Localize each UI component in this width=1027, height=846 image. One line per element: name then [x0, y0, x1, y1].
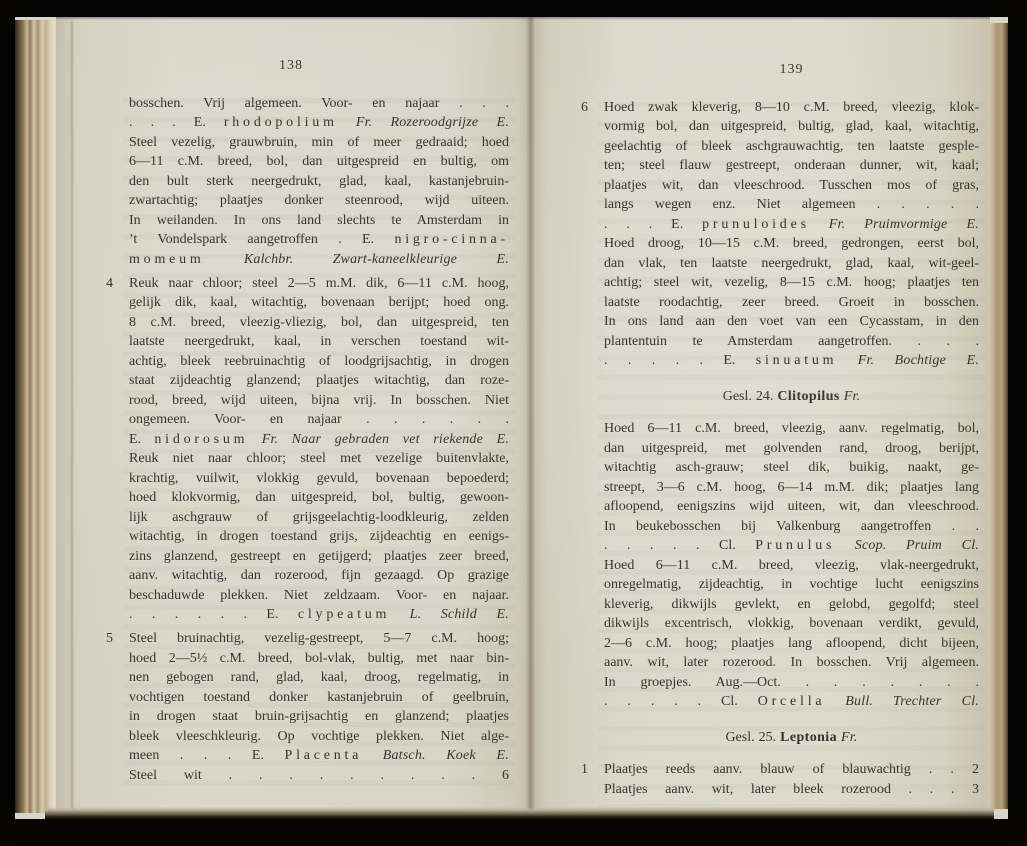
text-line: bosschen. Vrij algemeen. Voor- en najaar…	[129, 94, 509, 114]
text-line: kleverig, dikwijls gevlekt, en gelobd, g…	[604, 595, 979, 615]
left-page-crease	[71, 21, 73, 809]
page-edges-left	[15, 20, 56, 813]
text-line: plaatjes wit, dan vleeschrood. Tusschen …	[604, 176, 979, 196]
text-line: ten; steel flauw gestreept, onderaan dun…	[604, 156, 979, 176]
text-line: zwartachtig; plaatjes donker steenrood, …	[129, 191, 509, 211]
text-line: Hoed 6—11 c.M. breed, vleezig, aanv. reg…	[604, 419, 979, 439]
page-content-left: bosschen. Vrij algemeen. Voor- en najaar…	[129, 94, 509, 786]
text-line: aanv. wit, later rozerood. In bosschen. …	[604, 653, 979, 673]
text-line: achtig, bleek reebruinachtig of loodgrij…	[129, 352, 509, 372]
text-line: aanv. witachtig, dan rozerood, fijn geza…	[129, 566, 509, 586]
text-line: dan uitgespreid, met golvenden rand, dro…	[604, 439, 979, 459]
genus-heading: Gesl. 25. Leptonia Fr.	[604, 728, 979, 748]
text-line: Hoed 6—11 c.M. breed, vleezig, vlak-neer…	[604, 556, 979, 576]
text-line: gelijk dik, kaal, witachtig, bovenaan be…	[129, 293, 509, 313]
text-block: Hoed 6—11 c.M. breed, vleezig, aanv. reg…	[604, 419, 979, 712]
gutter-shadow	[526, 17, 535, 811]
text-line: Steel wit . . . . . . . . . 6	[129, 766, 509, 786]
text-line: Reuk naar chloor; steel 2—5 m.M. dik, 6—…	[129, 274, 509, 294]
text-line: beschaduwde plekken. Niet zeldzaam. Voor…	[129, 586, 509, 606]
text-line: momeum Kalchbr. Zwart-kaneelkleurige E.	[129, 250, 509, 270]
page-content-right: 6Hoed zwak kleverig, 8—10 c.M. breed, vl…	[604, 98, 979, 800]
text-line: staat zijdeachtig glanzend; plaatjes wit…	[129, 371, 509, 391]
text-line: hoed klokvormig, dan uitgespreid, bol, b…	[129, 488, 509, 508]
text-line: . . . . . Cl. Orcella Bull. Trechter Cl.	[604, 692, 979, 712]
text-line: rood, breed, wijd uiteen, bijna vrij. In…	[129, 391, 509, 411]
text-line: den bult sterk neergedrukt, glad, kaal, …	[129, 172, 509, 192]
text-line: onregelmatig, zijdeachtig, in vochtige l…	[604, 575, 979, 595]
text-line: zins glanzend, gestreept en getijgerd; p…	[129, 547, 509, 567]
text-line: 6—11 c.M. breed, bol, dan uitgespreid en…	[129, 152, 509, 172]
text-line: . . . . . . E. clypeatum L. Schild E.	[129, 605, 509, 625]
text-block: 1Plaatjes reeds aanv. blauw of blauwacht…	[604, 760, 979, 799]
item-number: 1	[581, 760, 588, 780]
text-line: . . . . . Cl. Prunulus Scop. Pruim Cl.	[604, 536, 979, 556]
page-139: 139 6Hoed zwak kleverig, 8—10 c.M. breed…	[604, 60, 979, 804]
text-block: 5Steel bruinachtig, vezelig-gestreept, 5…	[129, 629, 509, 785]
text-line: witachtig asch-grauw; steel dik, buikig,…	[604, 458, 979, 478]
text-line: Reuk niet naar chloor; steel met vezelig…	[129, 449, 509, 469]
text-line: laatste roodachtig, zeer breed. Groeit i…	[604, 293, 979, 313]
text-line: . . . . . E. sinuatum Fr. Bochtige E.	[604, 351, 979, 371]
text-line: . . . E. prunuloides Fr. Pruimvormige E.	[604, 215, 979, 235]
text-line: vormig bol, dan uitgespreid, bultig, gla…	[604, 117, 979, 137]
text-line: witachtig, in drogen toestand grijs, zij…	[129, 527, 509, 547]
text-line: geelachtig of bleek aschgrauwachtig, ten…	[604, 137, 979, 157]
photo-background: { "colors": { "background": "#070605", "…	[0, 0, 1027, 846]
text-line: bleek vleeschkleurig. Op vochtige plekke…	[129, 727, 509, 747]
text-line: In groepjes. Aug.—Oct. . . . . . . .	[604, 673, 979, 693]
text-line: laatste neergedrukt, kaal, in verschen t…	[129, 332, 509, 352]
text-line: lijk aschgrauw of grijsgeelachtig-loodkl…	[129, 508, 509, 528]
text-line: nen gebogen rand, glad, kaal, droog, reg…	[129, 668, 509, 688]
text-line: langs wegen enz. Niet algemeen . . . . .	[604, 195, 979, 215]
text-line: in drogen staat bruin-grijsachtig en gla…	[129, 707, 509, 727]
text-line: Plaatjes reeds aanv. blauw of blauwachti…	[604, 760, 979, 780]
text-line: In weilanden. In ons land slechts te Ams…	[129, 211, 509, 231]
text-line: krachtig, vuilwit, vlokkig gevuld, boven…	[129, 469, 509, 489]
page-138: 138 bosschen. Vrij algemeen. Voor- en na…	[129, 56, 509, 790]
text-line: E. nidorosum Fr. Naar gebraden vet rieke…	[129, 430, 509, 450]
text-line: Steel bruinachtig, vezelig-gestreept, 5—…	[129, 629, 509, 649]
text-line: streept, 3—6 c.M. hoog, 6—14 m.M. dik; p…	[604, 478, 979, 498]
text-line: achtig; steel wit, vezelig, 8—15 c.M. ho…	[604, 273, 979, 293]
page-edges-right	[988, 23, 1008, 809]
page-number-right: 139	[604, 60, 979, 80]
text-line: Plaatjes aanv. wit, later bleek rozerood…	[604, 780, 979, 800]
text-block: 6Hoed zwak kleverig, 8—10 c.M. breed, vl…	[604, 98, 979, 371]
text-line: . . . E. rhodopolium Fr. Rozeroodgrijze …	[129, 113, 509, 133]
text-line: 2—6 c.M. hoog; plaatjes lang afloopend, …	[604, 634, 979, 654]
text-line: dan vlak, ten laatste neergedrukt, glad,…	[604, 254, 979, 274]
text-line: Steel vezelig, grauwbruin, min of meer g…	[129, 133, 509, 153]
text-line: hoed 2—5½ c.M. breed, bol-vlak, bultig, …	[129, 649, 509, 669]
text-line: 8 c.M. breed, vleezig-vliezig, bol, dan …	[129, 313, 509, 333]
text-line: vochtigen toestand donker kastanjebruin …	[129, 688, 509, 708]
text-line: Hoed droog, 10—15 c.M. breed, gedrongen,…	[604, 234, 979, 254]
item-number: 5	[106, 629, 113, 649]
page-number-left: 138	[101, 56, 481, 76]
text-block: bosschen. Vrij algemeen. Voor- en najaar…	[129, 94, 509, 270]
text-line: dikwijls excentrisch, vlokkig, bovenaan …	[604, 614, 979, 634]
text-line: afloopend, eenigszins wijd uiteen, wit, …	[604, 497, 979, 517]
text-block: 4Reuk naar chloor; steel 2—5 m.M. dik, 6…	[129, 274, 509, 625]
text-line: In ons land aan den voet van een Cycasst…	[604, 312, 979, 332]
text-line: ongemeen. Voor- en najaar . . . . . .	[129, 410, 509, 430]
text-line: Hoed zwak kleverig, 8—10 c.M. breed, vle…	[604, 98, 979, 118]
item-number: 6	[581, 98, 588, 118]
text-line: meen . . . E. Placenta Batsch. Koek E.	[129, 746, 509, 766]
page-edges-bottom	[45, 807, 994, 819]
text-line: plantentuin te Amsterdam aangetroffen. .…	[604, 332, 979, 352]
book-spread: 138 bosschen. Vrij algemeen. Voor- en na…	[15, 17, 1008, 819]
text-line: In beukebosschen bij Valkenburg aangetro…	[604, 517, 979, 537]
text-line: ’t Vondelspark aangetroffen . E. nigro-c…	[129, 230, 509, 250]
genus-heading: Gesl. 24. Clitopilus Fr.	[604, 387, 979, 407]
item-number: 4	[106, 274, 113, 294]
